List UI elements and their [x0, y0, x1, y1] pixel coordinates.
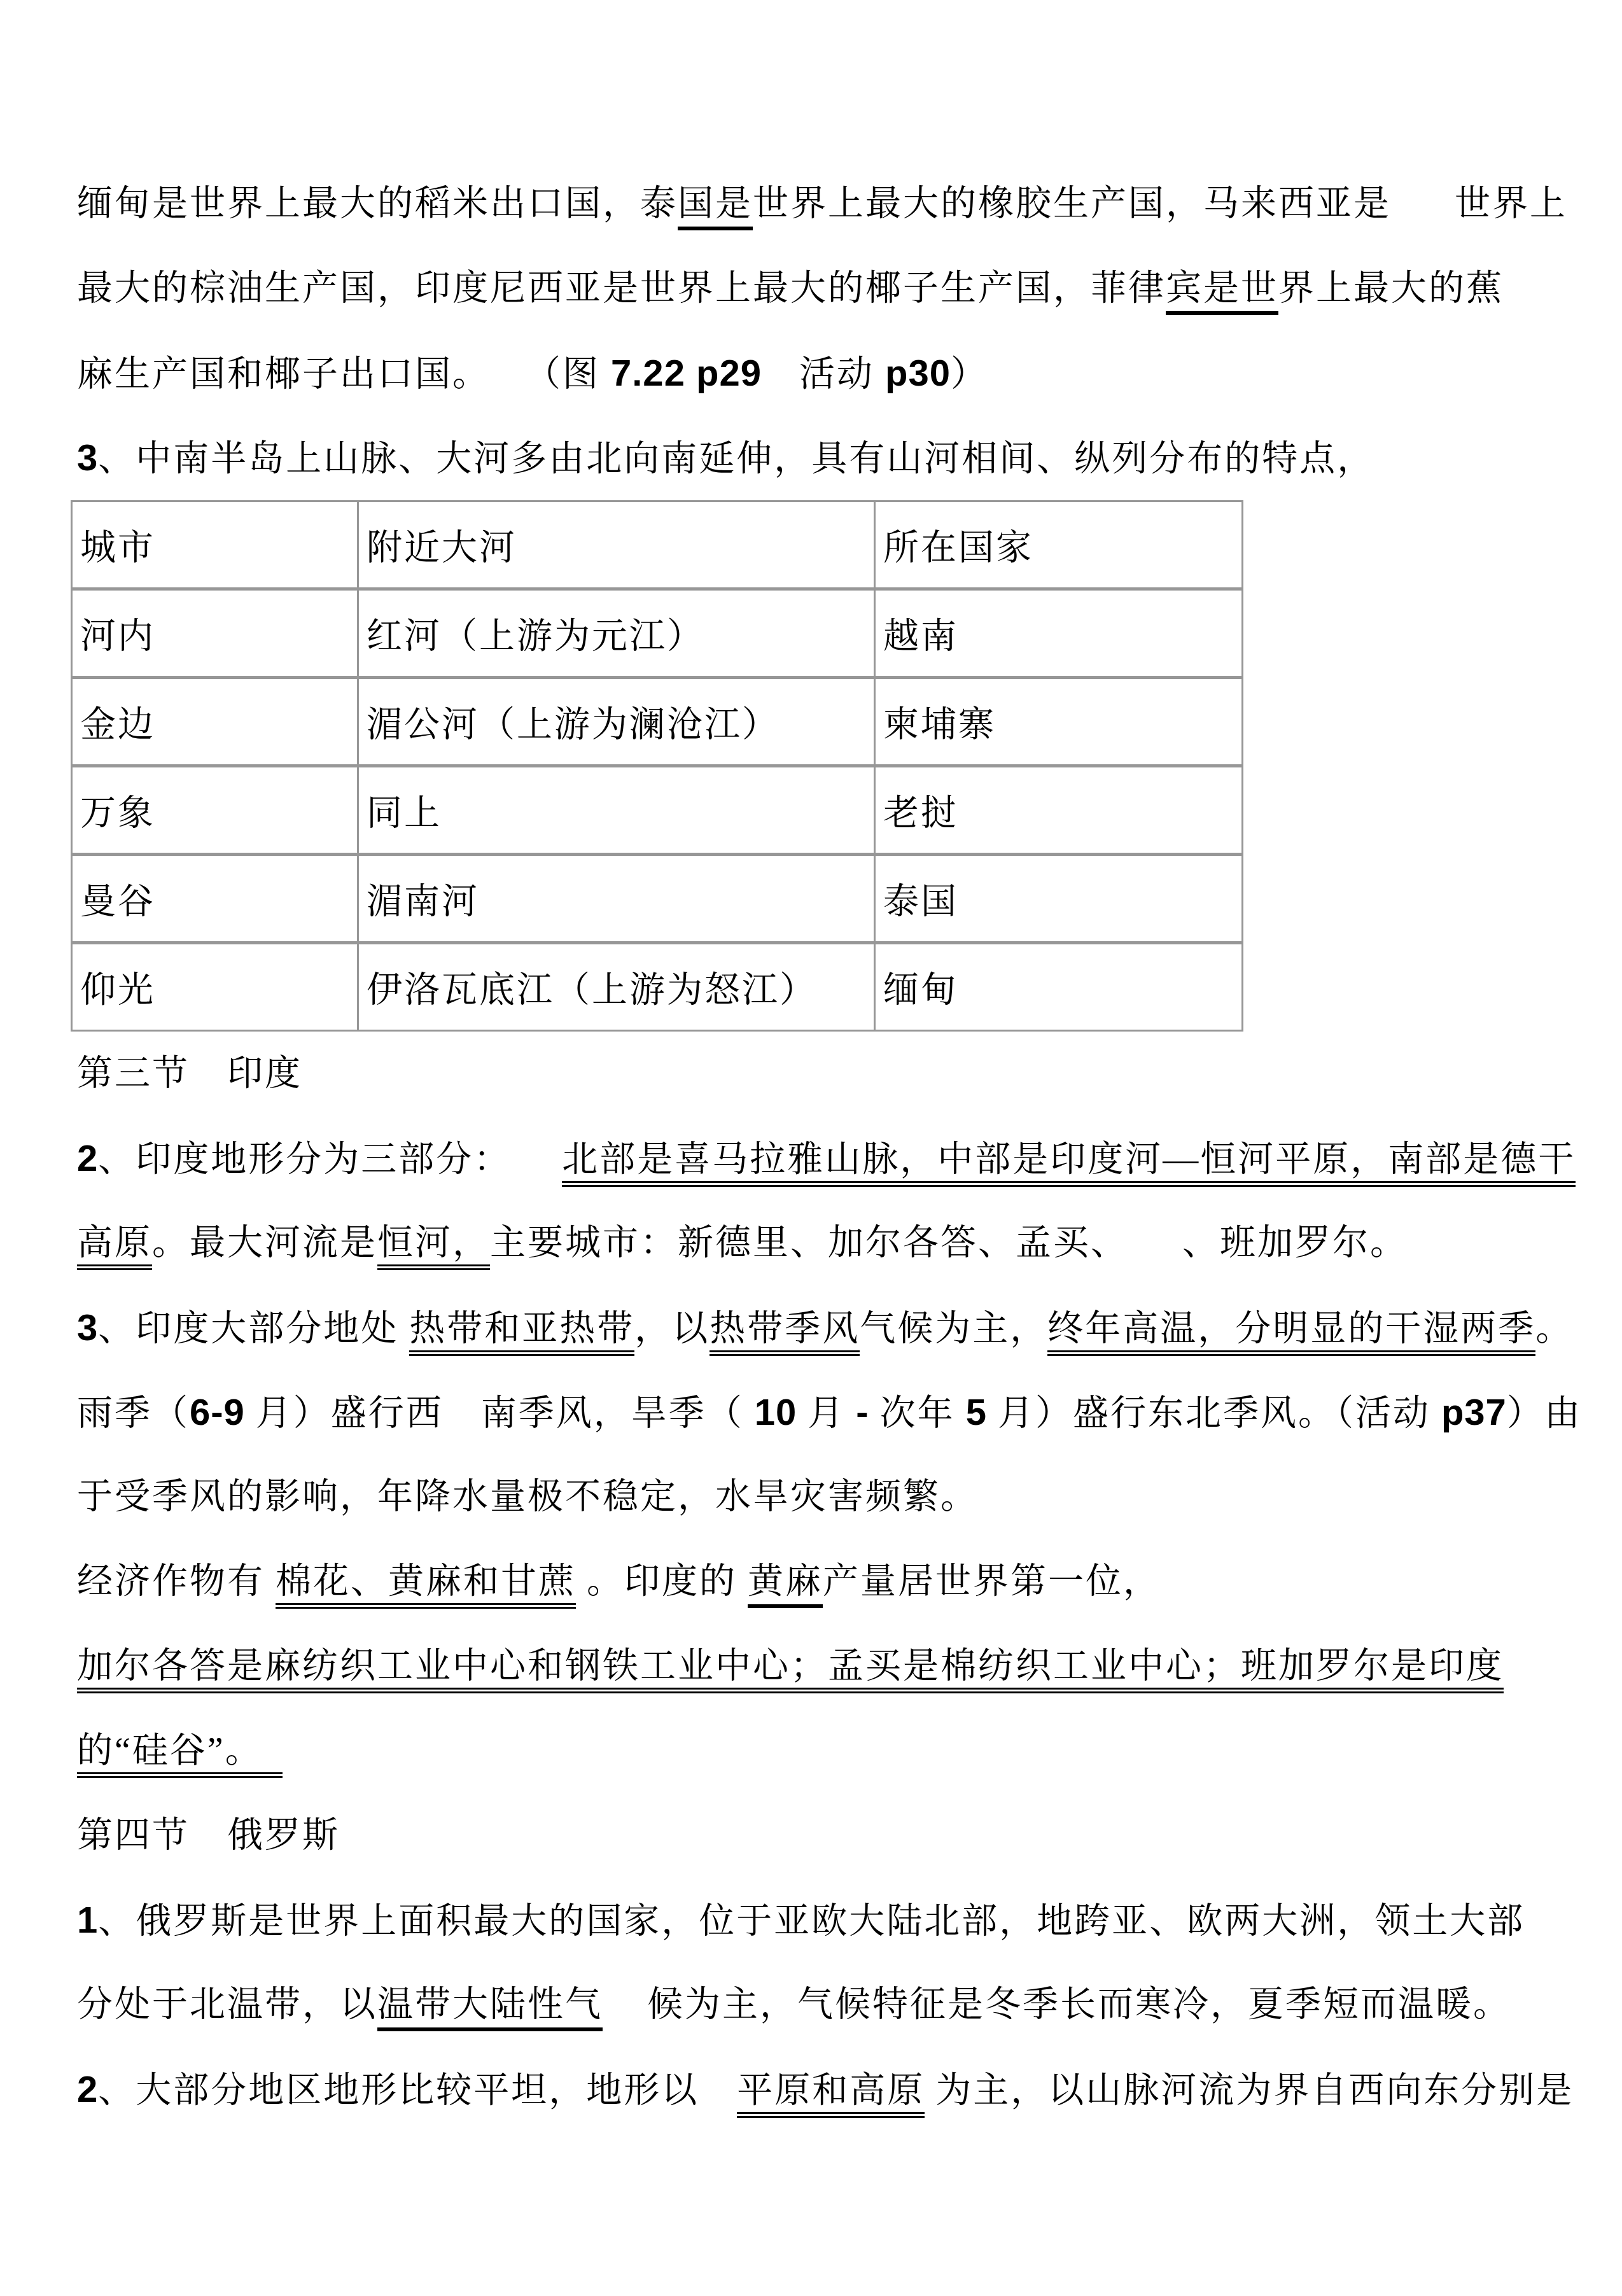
page-ref-number: -: [856, 1392, 869, 1433]
table-cell: 缅甸: [875, 943, 1243, 1031]
text-segment: 次年: [869, 1394, 966, 1433]
heading-section-four-russia: 第四节 俄罗斯: [77, 1793, 1597, 1878]
table-header-row: 城市附近大河所在国家: [72, 501, 1243, 589]
underlined-answer-text: 棉花、黄麻和甘蔗: [276, 1562, 576, 1609]
page-ref-number: 5: [966, 1392, 987, 1433]
table-cell: 同上: [358, 766, 875, 855]
underlined-answer-text: 热带和亚热带: [409, 1309, 634, 1356]
text-segment: 、大部分地区地形比较平坦，地形以: [98, 2071, 699, 2110]
para-india-terrain-line-1: 2、印度地形分为三部分：北部是喜马拉雅山脉，中部是印度河—恒河平原，南部是德干: [77, 1116, 1597, 1201]
text-segment: 活动: [762, 354, 885, 394]
para-india-industry-line-2: 的“硅谷”。: [77, 1709, 1597, 1793]
text-segment: （图: [525, 354, 611, 394]
para-sea-products-line-1: 缅甸是世界上最大的稻米出口国，泰国是世界上最大的橡胶生产国，马来西亚是世界上: [77, 162, 1597, 246]
para-india-climate-line-3: 于受季风的影响，年降水量极不稳定，水旱灾害频繁。: [77, 1455, 1597, 1539]
answer-blank-gap: [1128, 1249, 1182, 1254]
table-cell: 金边: [72, 678, 358, 766]
para-russia-line-2: 分处于北温带，以温带大陆性气候为主，气候特征是冬季长而寒冷，夏季短而温暖。: [77, 1963, 1597, 2047]
document-page: 缅甸是世界上最大的稻米出口国，泰国是世界上最大的橡胶生产国，马来西亚是世界上最大…: [0, 0, 1622, 2296]
page-ref-number: 2: [77, 2069, 98, 2110]
underlined-answer-text: 宾是世: [1166, 269, 1278, 315]
table-cell: 湄公河（上游为澜沧江）: [358, 678, 875, 766]
table-cell: 曼谷: [72, 855, 358, 943]
text-segment: 主要城市：新德里、加尔各答、孟买、: [490, 1223, 1128, 1263]
underlined-answer-text: 加尔各答是麻纺织工业中心和钢铁工业中心；孟买是棉纺织工业中心；班加罗尔是印度: [77, 1646, 1504, 1693]
para-russia-line-3: 2、大部分地区地形比较平坦，地形以平原和高原 为主，以山脉河流为界自西向东分别是: [77, 2047, 1597, 2132]
text-segment: 第三节 印度: [77, 1054, 302, 1093]
text-segment: 产量居世界第一位，: [823, 1562, 1161, 1601]
text-segment: 最大的棕油生产国，印度尼西亚是世界上最大的椰子生产国，菲律: [77, 269, 1166, 308]
answer-blank-gap: [699, 2097, 737, 2102]
text-segment: 。: [1535, 1309, 1573, 1348]
underlined-answer-text: 高原: [77, 1223, 152, 1270]
text-segment: 。最大河流是: [152, 1223, 377, 1263]
text-segment: 。印度的: [576, 1562, 748, 1601]
table-cell: 伊洛瓦底江（上游为怒江）: [358, 943, 875, 1031]
answer-blank-gap: [511, 1166, 562, 1171]
text-segment: 雨季（: [77, 1394, 190, 1433]
text-segment: 麻生产国和椰子出口国。: [77, 354, 490, 394]
text-segment: 月: [797, 1394, 856, 1433]
table-row: 仰光伊洛瓦底江（上游为怒江）缅甸: [72, 943, 1243, 1031]
table-row: 万象同上老挝: [72, 766, 1243, 855]
para-india-terrain-line-2: 高原。最大河流是恒河，主要城市：新德里、加尔各答、孟买、、班加罗尔。: [77, 1201, 1597, 1285]
table-cell: 仰光: [72, 943, 358, 1031]
text-segment: 气候为主，: [860, 1309, 1047, 1348]
para-russia-line-1: 1、俄罗斯是世界上面积最大的国家，位于亚欧大陆北部，地跨亚、欧两大洲，领土大部: [77, 1878, 1597, 1963]
text-segment: 第四节 俄罗斯: [77, 1816, 340, 1855]
content-before-table: 缅甸是世界上最大的稻米出口国，泰国是世界上最大的橡胶生产国，马来西亚是世界上最大…: [77, 162, 1597, 500]
page-ref-number: 1: [77, 1900, 98, 1941]
answer-blank-gap: [1391, 210, 1455, 215]
page-ref-number: 10: [755, 1392, 797, 1433]
underlined-answer-text: 恒河，: [377, 1223, 490, 1270]
text-segment: 世界上最大的橡胶生产国，马来西亚是: [753, 184, 1391, 223]
text-segment: 分处于北温带，以: [77, 1985, 377, 2024]
table-header-cell: 城市: [72, 501, 358, 589]
para-india-climate-line-1: 3、印度大部分地处 热带和亚热带，以热带季风气候为主，终年高温，分明显的干湿两季…: [77, 1285, 1597, 1370]
text-segment: 月）盛行东北季风。（活动: [987, 1394, 1441, 1433]
text-segment: 为主，以山脉河流为界自西向东分别是: [925, 2071, 1574, 2110]
underlined-answer-text: 终年高温，分明显的干湿两季: [1047, 1309, 1535, 1356]
underlined-answer-text: 的“硅谷”。: [77, 1731, 283, 1778]
table-cell: 湄南河: [358, 855, 875, 943]
text-segment: ，以: [634, 1309, 710, 1348]
page-ref-number: 7.22 p29: [611, 353, 762, 394]
text-segment: 、印度地形分为三部分：: [98, 1140, 511, 1179]
para-india-industry-line-1: 加尔各答是麻纺织工业中心和钢铁工业中心；孟买是棉纺织工业中心；班加罗尔是印度: [77, 1624, 1597, 1709]
para-sea-products-line-2: 最大的棕油生产国，印度尼西亚是世界上最大的椰子生产国，菲律宾是世界上最大的蕉: [77, 246, 1597, 331]
table-row: 河内红河（上游为元江）越南: [72, 589, 1243, 678]
text-segment: ）: [951, 354, 988, 394]
heading-section-three-india: 第三节 印度: [77, 1032, 1597, 1116]
page-ref-number: 3: [77, 437, 98, 479]
text-segment: 缅甸是世界上最大的稻米出口国，泰: [77, 184, 678, 223]
underlined-answer-text: 黄麻: [748, 1562, 823, 1608]
table-cell: 越南: [875, 589, 1243, 678]
page-ref-number: 3: [77, 1307, 98, 1348]
underlined-answer-text: 国是: [678, 184, 753, 230]
page-ref-number: 2: [77, 1138, 98, 1179]
text-segment: ）由: [1507, 1394, 1582, 1433]
text-segment: 于受季风的影响，年降水量极不稳定，水旱灾害频繁。: [77, 1477, 978, 1516]
page-ref-number: 6-9: [190, 1392, 245, 1433]
text-segment: 世界上: [1455, 184, 1567, 223]
page-ref-number: p30: [885, 353, 951, 394]
text-segment: 、中南半岛上山脉、大河多由北向南延伸，具有山河相间、纵列分布的特点，: [98, 439, 1374, 479]
underlined-answer-text: 平原和高原: [737, 2071, 925, 2118]
text-segment: 、班加罗尔。: [1182, 1223, 1408, 1263]
text-segment: 界上最大的蕉: [1278, 269, 1504, 308]
para-india-climate-line-2: 雨季（6-9 月）盛行西 南季风，旱季（ 10 月 - 次年 5 月）盛行东北季…: [77, 1370, 1597, 1455]
text-segment: 月）盛行西 南季风，旱季（: [245, 1394, 755, 1433]
rivers-cities-table: 城市附近大河所在国家河内红河（上游为元江）越南金边湄公河（上游为澜沧江）柬埔寨万…: [71, 500, 1243, 1032]
underlined-answer-text: 温带大陆性气: [377, 1985, 603, 2031]
table-row: 金边湄公河（上游为澜沧江）柬埔寨: [72, 678, 1243, 766]
text-segment: 经济作物有: [77, 1562, 276, 1601]
underlined-answer-text: 北部是喜马拉雅山脉，中部是印度河—恒河平原，南部是德干: [562, 1140, 1576, 1187]
table-cell: 柬埔寨: [875, 678, 1243, 766]
table-cell: 泰国: [875, 855, 1243, 943]
table-header-cell: 附近大河: [358, 501, 875, 589]
para-indochina-rivers: 3、中南半岛上山脉、大河多由北向南延伸，具有山河相间、纵列分布的特点，: [77, 416, 1597, 500]
page-ref-number: p37: [1441, 1392, 1507, 1433]
answer-blank-gap: [490, 381, 525, 386]
table-header-cell: 所在国家: [875, 501, 1243, 589]
table-cell: 红河（上游为元江）: [358, 589, 875, 678]
table-row: 曼谷湄南河泰国: [72, 855, 1243, 943]
table-cell: 老挝: [875, 766, 1243, 855]
underlined-answer-text: 热带季风: [710, 1309, 860, 1356]
para-sea-products-line-3: 麻生产国和椰子出口国。（图 7.22 p29 活动 p30）: [77, 331, 1597, 416]
text-segment: 、俄罗斯是世界上面积最大的国家，位于亚欧大陆北部，地跨亚、欧两大洲，领土大部: [98, 1901, 1525, 1941]
para-india-crops: 经济作物有 棉花、黄麻和甘蔗 。印度的 黄麻产量居世界第一位，: [77, 1539, 1597, 1624]
text-segment: 候为主，气候特征是冬季长而寒冷，夏季短而温暖。: [647, 1985, 1511, 2024]
answer-blank-gap: [603, 2011, 647, 2016]
table-cell: 河内: [72, 589, 358, 678]
text-segment: 、印度大部分地处: [98, 1309, 409, 1348]
table-cell: 万象: [72, 766, 358, 855]
content-after-table: 第三节 印度2、印度地形分为三部分：北部是喜马拉雅山脉，中部是印度河—恒河平原，…: [77, 1032, 1597, 2132]
